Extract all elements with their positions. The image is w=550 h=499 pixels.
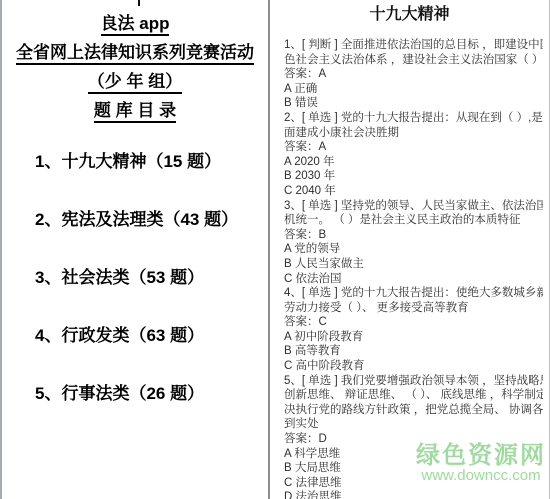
toc-item: 3、社会法类（53 题） bbox=[35, 267, 268, 325]
question-line: D 法治思维 bbox=[284, 490, 543, 499]
toc-item: 5、行事法类（26 题） bbox=[35, 383, 268, 441]
toc-header-line: （少 年 组） bbox=[2, 67, 268, 96]
question-line: C 依法治国 bbox=[284, 272, 543, 287]
question-line: 5、[ 单选 ] 我们党要增强政治领导本领 ，坚持战略思维、 bbox=[284, 374, 543, 389]
toc-header: 良法 app全省网上法律知识系列竞赛活动（少 年 组）题 库 目 录 bbox=[2, 9, 268, 125]
question-line: 到实处 bbox=[284, 417, 543, 432]
question-line: 劳动力接受（ ）、 更多接受高等教育 bbox=[284, 301, 543, 316]
question-line: B 高等教育 bbox=[284, 344, 543, 359]
question-lines: 1、[ 判断 ] 全面推进依法治国的总目标 ，即建设中国特色社会主义法治体系 ，… bbox=[270, 38, 549, 499]
question-line: 1、[ 判断 ] 全面推进依法治国的总目标 ，即建设中国特 bbox=[284, 38, 543, 53]
toc-header-line: 题 库 目 录 bbox=[2, 96, 268, 125]
question-line: 答案：D bbox=[284, 432, 543, 447]
toc-item: 4、行政发类（63 题） bbox=[35, 325, 268, 383]
question-line: C 法律思维 bbox=[284, 476, 543, 491]
toc-header-lines: 良法 app全省网上法律知识系列竞赛活动（少 年 组）题 库 目 录 bbox=[2, 9, 268, 125]
question-line: A 正确 bbox=[284, 82, 543, 97]
question-line: 2、[ 单选 ] 党的十九大报告提出：从现在到（ ）,是全 bbox=[284, 111, 543, 126]
question-line: 创新思维、 辩证思维、 （ ）、 底线思维 ，科学制定和坚 bbox=[284, 388, 543, 403]
questions-page-title: 十九大精神 bbox=[270, 5, 549, 25]
question-line: 决执行党的路线方针政策 ，把党总揽全局、 协调各方落 bbox=[284, 403, 543, 418]
question-line: C 高中阶段教育 bbox=[284, 359, 543, 374]
question-line: 色社会主义法治体系 ，建设社会主义法治国家（ ） bbox=[284, 53, 543, 68]
top-mark bbox=[138, 0, 140, 6]
toc-header-line: 全省网上法律知识系列竞赛活动 bbox=[2, 38, 268, 67]
toc-item: 1、十九大精神（15 题） bbox=[35, 151, 268, 209]
question-line: C 2040 年 bbox=[284, 184, 543, 199]
question-line: B 2030 年 bbox=[284, 169, 543, 184]
question-line: A 2020 年 bbox=[284, 155, 543, 170]
question-line: A 初中阶段教育 bbox=[284, 330, 543, 345]
question-line: 4、[ 单选 ] 党的十九大报告提出：使绝大多数城乡新增 bbox=[284, 286, 543, 301]
question-line: 答案：C bbox=[284, 315, 543, 330]
question-line: 答案：A bbox=[284, 67, 543, 82]
question-line: 答案：B bbox=[284, 228, 543, 243]
question-line: B 错误 bbox=[284, 96, 543, 111]
toc-item: 2、宪法及法理类（43 题） bbox=[35, 209, 268, 267]
question-line: B 大局思维 bbox=[284, 461, 543, 476]
question-line: 3、[ 单选 ] 坚持党的领导、人民当家做主、依法治国有 bbox=[284, 199, 543, 214]
toc-header-line: 良法 app bbox=[2, 9, 268, 38]
question-line: 机统一。 （ ）是社会主义民主政治的本质特征 bbox=[284, 213, 543, 228]
document-view: 良法 app全省网上法律知识系列竞赛活动（少 年 组）题 库 目 录 1、十九大… bbox=[0, 0, 550, 499]
toc-page: 良法 app全省网上法律知识系列竞赛活动（少 年 组）题 库 目 录 1、十九大… bbox=[0, 0, 268, 499]
question-line: B 人民当家做主 bbox=[284, 257, 543, 272]
question-line: A 科学思维 bbox=[284, 447, 543, 462]
question-line: A 党的领导 bbox=[284, 242, 543, 257]
toc-list: 1、十九大精神（15 题）2、宪法及法理类（43 题）3、社会法类（53 题）4… bbox=[2, 151, 268, 441]
questions-page: 十九大精神 1、[ 判断 ] 全面推进依法治国的总目标 ，即建设中国特色社会主义… bbox=[268, 0, 550, 499]
question-line: 答案：A bbox=[284, 140, 543, 155]
question-line: 面建成小康社会决胜期 bbox=[284, 126, 543, 141]
